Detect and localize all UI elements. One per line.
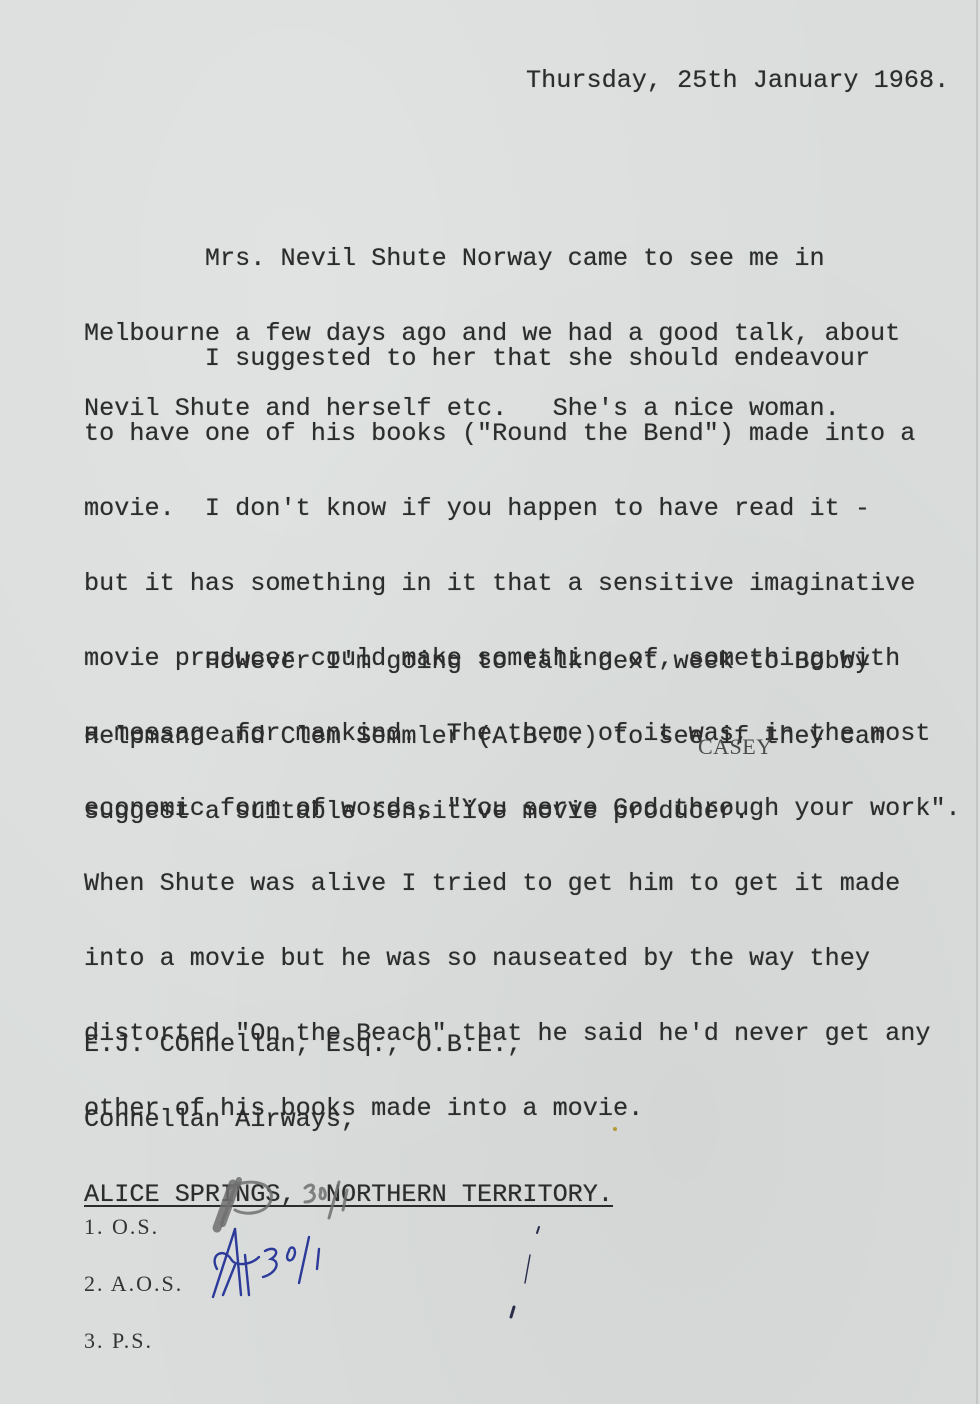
address-line-underlined: ALICE SPRINGS, NORTHERN TERRITORY. [84,1182,613,1207]
paragraph-line: movie. I don't know if you happen to hav… [84,496,961,521]
paragraph-line: suggest a suitable sensitive movie produ… [84,799,885,824]
paragraph-line: but it has something in it that a sensit… [84,571,961,596]
distribution-item: 2. A.O.S. [84,1269,183,1326]
distribution-item: 1. O.S. [84,1212,183,1269]
signature: CASEY [698,734,773,760]
paragraph-line: to have one of his books ("Round the Ben… [84,421,961,446]
paragraph-line: Mrs. Nevil Shute Norway came to see me i… [84,246,900,271]
paragraph-line: I suggested to her that she should endea… [84,346,961,371]
distribution-item: 3. P.S. [84,1326,183,1383]
paragraph-line: However I'm going to talk next week to B… [84,649,885,674]
distribution-list: 1. O.S. 2. A.O.S. 3. P.S. [84,1212,183,1383]
paper-speck [613,1127,617,1131]
letter-page: Thursday, 25th January 1968. Mrs. Nevil … [0,0,978,1404]
paragraph-line: into a movie but he was so nauseated by … [84,946,961,971]
address-line: E.J. COnnellan, Esq., O.B.E., [84,1032,613,1057]
paragraph-line: When Shute was alive I tried to get him … [84,871,961,896]
address-line: Connellan Airways, [84,1107,613,1132]
letter-date: Thursday, 25th January 1968. [526,68,949,93]
